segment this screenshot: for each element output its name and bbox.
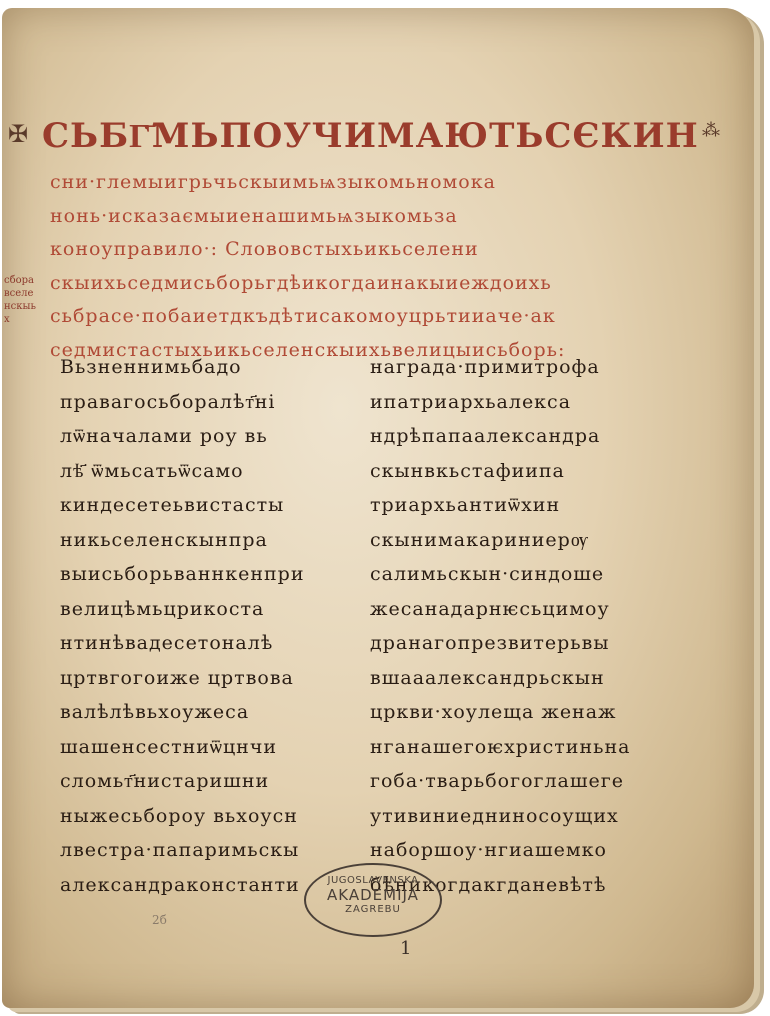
text-line: дранагопрезвитерьвы xyxy=(370,626,630,661)
text-line: выисьборьваннкенпри xyxy=(60,557,304,592)
rubric-line: коноуправило·: Слововстыхьикьселени xyxy=(50,233,700,267)
text-line: никьселенскынпра xyxy=(60,523,304,558)
text-line: Вьзненнимьбадо xyxy=(60,350,304,385)
rubric-line: нонь·исказаємыиенашимьѩзыкомьза xyxy=(50,200,700,234)
text-line: ныжесьбороу вьхоусн xyxy=(60,799,304,834)
text-line: вшааалександрьскын xyxy=(370,661,630,696)
text-line: цркви·хоулеща женаж xyxy=(370,695,630,730)
text-line: лвестра·папаримьскы xyxy=(60,833,304,868)
text-line: сломьт҃нистаришни xyxy=(60,764,304,799)
manuscript-title: СЬБГ҃МЬПОУЧИМАЮТЬСЄКИН xyxy=(42,116,699,156)
text-line: нтинѣвадесетоналѣ xyxy=(60,626,304,661)
text-line: скынимакариниерѹ xyxy=(370,523,630,558)
text-line: утивиниедниносоущих xyxy=(370,799,630,834)
rubric-line: сни·глемыигрьчьскыимьѩзыкомьномока xyxy=(50,166,700,200)
stamp-line-1: JUGOSLAVENSKA xyxy=(306,875,440,886)
ornament-right: ⁂ xyxy=(702,120,720,141)
ornament-cross-left: ✠ xyxy=(8,120,28,148)
stamp-line-3: ZAGREBU xyxy=(306,904,440,915)
text-line: правагосьборалѣт҃ні xyxy=(60,385,304,420)
manuscript-page: ✠ ⁂ СЬБГ҃МЬПОУЧИМАЮТЬСЄКИН сни·глемыигрь… xyxy=(2,8,754,1008)
right-column: награда·примитрофа ипатриархьалекса ндрѣ… xyxy=(370,350,630,902)
text-line: салимьскын·синдоше xyxy=(370,557,630,592)
text-line: ндрѣпапаалександра xyxy=(370,419,630,454)
text-line: шашенсестниѿцнчи xyxy=(60,730,304,765)
text-line: жесанадарнѥсьцимоу xyxy=(370,592,630,627)
rubric-line: скыихьседмисьборьгдѣикогдаинакыиеждоихь xyxy=(50,267,700,301)
rubric-lines: сни·глемыигрьчьскыимьѩзыкомьномока нонь·… xyxy=(50,166,700,367)
text-line: александраконстанти xyxy=(60,868,304,903)
text-line: наборшоу·нгиашемко xyxy=(370,833,630,868)
margin-note-line: вселе xyxy=(4,287,36,300)
text-line: киндесетеьвистасты xyxy=(60,488,304,523)
text-line: нганашегоѥхристиньна xyxy=(370,730,630,765)
margin-note-line: х xyxy=(4,313,36,326)
stamp-line-2: AKADEMIJA xyxy=(306,886,440,904)
text-line: триархьантиѿхин xyxy=(370,488,630,523)
margin-note: сбора вселе нскыь х xyxy=(4,274,36,326)
left-column: Вьзненнимьбадо правагосьборалѣт҃ні лѿнач… xyxy=(60,350,304,902)
text-line: цртвгогоиже цртвова xyxy=(60,661,304,696)
text-line: лѿначалами роу вь xyxy=(60,419,304,454)
text-line: ипатриархьалекса xyxy=(370,385,630,420)
text-line: скынвкьстафиипа xyxy=(370,454,630,489)
text-line: гоба·тварьбогоглашеге xyxy=(370,764,630,799)
page-number: 1 xyxy=(400,938,411,959)
library-stamp: JUGOSLAVENSKA AKADEMIJA ZAGREBU xyxy=(304,863,442,937)
pencil-note: 2б xyxy=(152,913,167,927)
text-line: велицѣмьцрикоста xyxy=(60,592,304,627)
margin-note-line: сбора xyxy=(4,274,36,287)
text-line: лѣ҃ ѿмьсатьѿсамо xyxy=(60,454,304,489)
text-line: валѣлѣвьхоужеса xyxy=(60,695,304,730)
margin-note-line: нскыь xyxy=(4,300,36,313)
text-line: награда·примитрофа xyxy=(370,350,630,385)
rubric-line: сьбрасе·побаиетдкъдѣтисакомоуцрьтииаче·а… xyxy=(50,300,700,334)
